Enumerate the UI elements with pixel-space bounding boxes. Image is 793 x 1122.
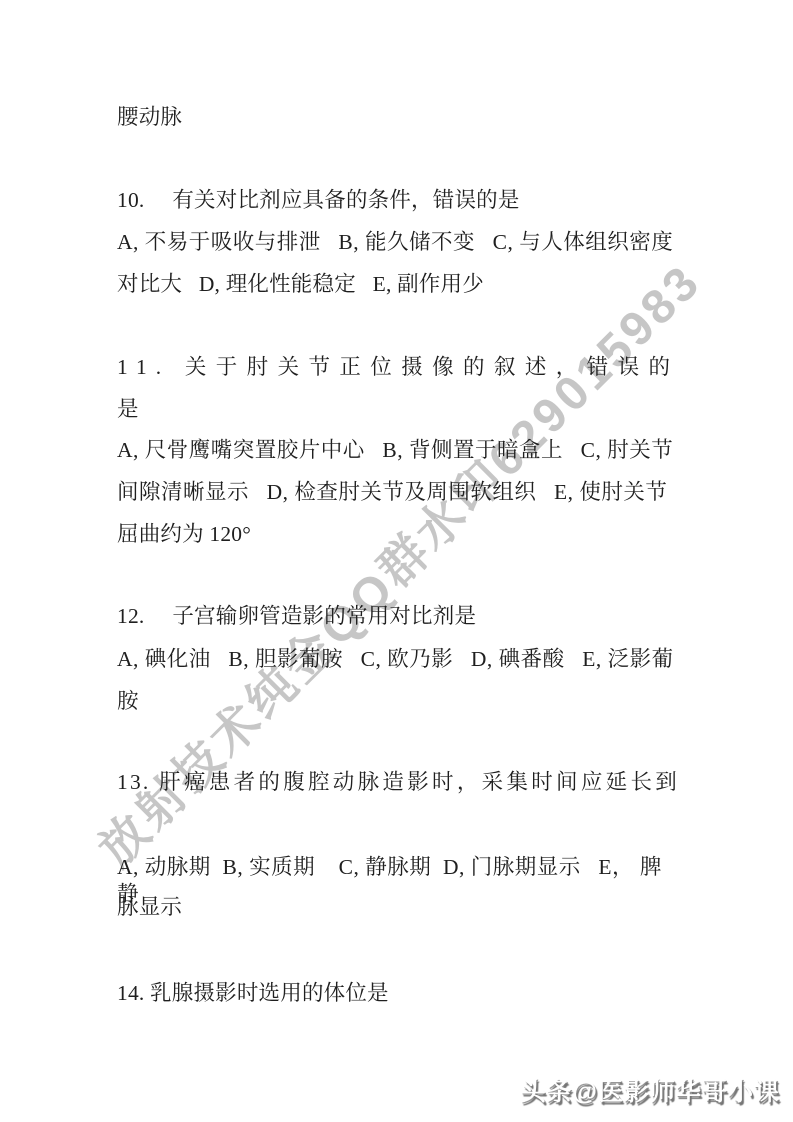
- question-11-options-line-2: 间隙清晰显示 D, 检查肘关节及周围软组织 E, 使肘关节: [117, 479, 679, 506]
- question-10-stem: 10. 有关对比剂应具备的条件，错误的是: [117, 187, 679, 214]
- question-11-options-line-1: A, 尺骨鹰嘴突置胶片中心 B, 背侧置于暗盒上 C, 肘关节: [117, 437, 679, 464]
- question-14-stem: 14. 乳腺摄影时选用的体位是: [117, 980, 679, 1007]
- document-page: 放射技术纯金QQ群水印629015983 腰动脉 10. 有关对比剂应具备的条件…: [0, 0, 793, 1122]
- question-11-options-line-3: 屈曲约为 120°: [117, 521, 679, 548]
- question-11-stem-line-2: 是: [117, 396, 679, 423]
- answer-continuation-line: 腰动脉: [117, 104, 679, 131]
- question-13-stem: 13. 肝癌患者的腹腔动脉造影时，采集时间应延长到: [117, 769, 679, 796]
- question-12-options-line-2: 胺: [117, 688, 679, 715]
- question-12-stem: 12. 子宫输卵管造影的常用对比剂是: [117, 603, 679, 630]
- question-12-options-line-1: A, 碘化油 B, 胆影葡胺 C, 欧乃影 D, 碘番酸 E, 泛影葡: [117, 646, 679, 673]
- question-10-options-line-1: A, 不易于吸收与排泄 B, 能久储不变 C, 与人体组织密度: [117, 229, 679, 256]
- question-13-options-line-2: 脉显示: [117, 894, 679, 921]
- question-10-options-line-2: 对比大 D, 理化性能稳定 E, 副作用少: [117, 271, 679, 298]
- question-11-stem-line-1: 11. 关于肘关节正位摄像的叙述，错误的: [117, 354, 679, 381]
- toutiao-author-credit: 头条@医影师华哥小课: [521, 1072, 780, 1108]
